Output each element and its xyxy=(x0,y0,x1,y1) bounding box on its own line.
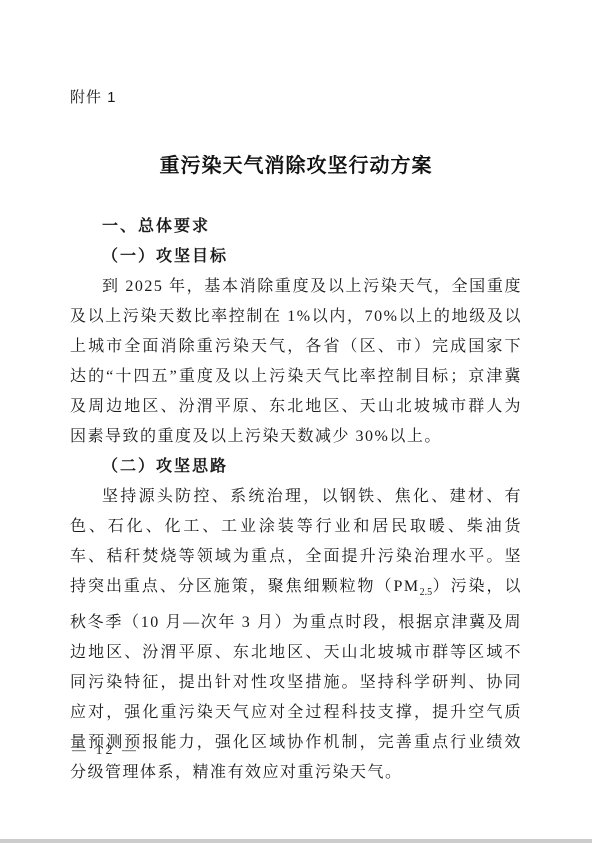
paragraph-goal: 到 2025 年，基本消除重度及以上污染天气，全国重度及以上污染天数比率控制在 … xyxy=(70,272,522,452)
attachment-label: 附件 1 xyxy=(70,86,117,107)
bottom-divider xyxy=(0,839,592,843)
pm25-subscript: 2.5 xyxy=(420,587,433,598)
page-number: — 12 — xyxy=(72,743,139,759)
document-body: 一、总体要求 （一）攻坚目标 到 2025 年，基本消除重度及以上污染天气，全国… xyxy=(70,212,522,788)
document-title: 重污染天气消除攻坚行动方案 xyxy=(0,149,592,178)
subsection-heading-approach: （二）攻坚思路 xyxy=(70,452,522,482)
subsection-heading-goal: （一）攻坚目标 xyxy=(70,242,522,272)
document-page: 附件 1 重污染天气消除攻坚行动方案 一、总体要求 （一）攻坚目标 到 2025… xyxy=(0,0,592,843)
section-heading-overall-requirements: 一、总体要求 xyxy=(70,212,522,242)
